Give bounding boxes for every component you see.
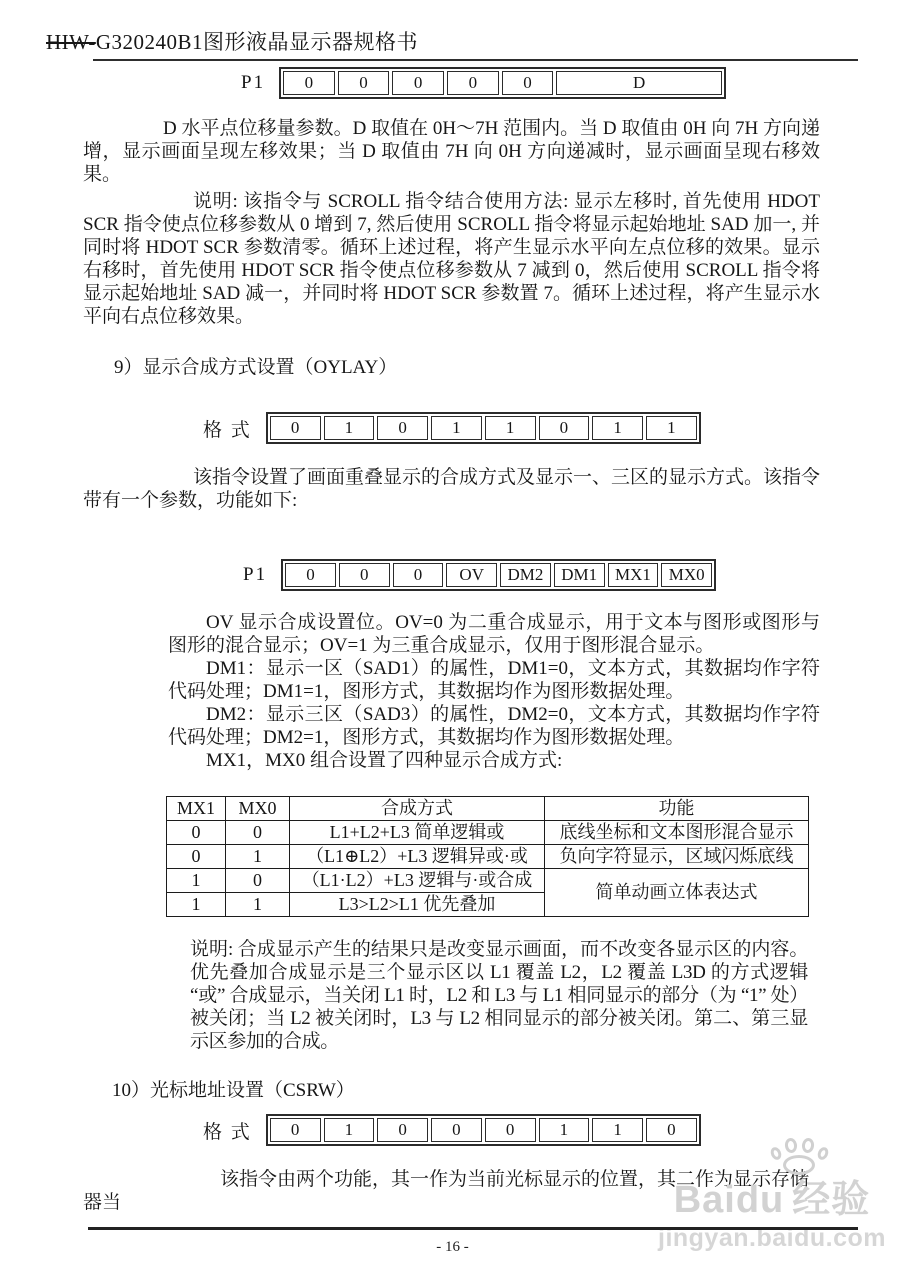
bit-table-label: P1 [241,72,265,94]
mx-combination-table: MX1 MX0 合成方式 功能 0 0 L1+L2+L3 简单逻辑或 底线坐标和… [166,796,809,917]
bit-cell: MX0 [661,563,712,587]
page-title: HIW-G320240B1图形液晶显示器规格书 [46,26,905,56]
bit-cell: 0 [270,1118,321,1142]
document-page: HIW-G320240B1图形液晶显示器规格书 P1 0 0 0 0 0 D D… [0,0,905,1280]
cell-func-merged: 简单动画立体表达式 [545,869,809,917]
bit-cell: 1 [485,416,536,440]
cell-mx1: 1 [167,869,226,893]
bit-cell-wide: D [556,71,722,95]
table-row: 1 0 （L1·L2）+L3 逻辑与·或合成 简单动画立体表达式 [167,869,809,893]
cell-mx0: 1 [226,845,290,869]
bit-cell: 0 [485,1118,536,1142]
oylay-intro: 该指令设置了画面重叠显示的合成方式及显示一、三区的显示方式。该指令带有一个参数，… [83,466,820,512]
bit-cell: 0 [285,563,336,587]
bit-cells: 0 0 0 0 0 D [279,67,726,99]
oylay-format-bit-table: 格 式 0 1 0 1 1 0 1 1 [203,412,905,444]
cell-mode: L3>L2>L1 优先叠加 [290,893,545,917]
hdot-p1-bit-table: P1 0 0 0 0 0 D [241,67,905,99]
bit-cell: 0 [339,563,390,587]
bit-cell: 1 [324,1118,375,1142]
bit-table-label: 格 式 [203,415,252,442]
bit-cell: 1 [592,416,643,440]
dm2-description: DM2：显示三区（SAD3）的属性，DM2=0，文本方式，其数据均作字符代码处理… [168,703,820,749]
footer-rule [88,1227,858,1230]
section9-heading: 9）显示合成方式设置（OYLAY） [114,356,905,379]
cell-mode: L1+L2+L3 简单逻辑或 [290,821,545,845]
paw-toe [769,1146,783,1162]
ov-description: OV 显示合成设置位。OV=0 为二重合成显示，用于文本与图形或图形与图形的混合… [168,611,820,657]
dm1-description: DM1：显示一区（SAD1）的属性，DM1=0，文本方式，其数据均作字符代码处理… [168,657,820,703]
bit-cell: 0 [502,71,554,95]
csrw-intro: 该指令由两个功能，其一作为当前光标显示的位置，其二作为显示存储器当 [83,1168,820,1214]
cell-mx0: 1 [226,893,290,917]
oylay-p1-bit-table: P1 0 0 0 OV DM2 DM1 MX1 MX0 [243,559,905,591]
col-header-mx0: MX0 [226,797,290,821]
bit-cell: DM2 [500,563,551,587]
header-rule [93,59,858,61]
bit-cell: 0 [377,1118,428,1142]
bit-cell: 0 [392,71,444,95]
mx-intro: MX1，MX0 组合设置了四种显示合成方式: [168,749,820,772]
table-header-row: MX1 MX0 合成方式 功能 [167,797,809,821]
page-number: - 16 - [0,1239,905,1256]
bit-cells: 0 1 0 1 1 0 1 1 [266,412,701,444]
table-row: 0 0 L1+L2+L3 简单逻辑或 底线坐标和文本图形混合显示 [167,821,809,845]
csrw-format-bit-table: 格 式 0 1 0 0 0 1 1 0 [203,1114,905,1146]
bit-cells: 0 1 0 0 0 1 1 0 [266,1114,701,1146]
bit-cell: 1 [539,1118,590,1142]
hdot-description: D 水平点位移量参数。D 取值在 0H～7H 范围内。当 D 取值由 0H 向 … [83,117,820,186]
bit-cell: 0 [377,416,428,440]
bit-cell: 0 [393,563,444,587]
cell-mx0: 0 [226,869,290,893]
bit-cell: 0 [447,71,499,95]
bit-cell: 1 [324,416,375,440]
cell-mode: （L1·L2）+L3 逻辑与·或合成 [290,869,545,893]
cell-mx0: 0 [226,821,290,845]
cell-mx1: 0 [167,845,226,869]
bit-cell: 1 [646,416,697,440]
col-header-func: 功能 [545,797,809,821]
paw-toe [816,1146,830,1162]
cell-func: 负向字符显示，区域闪烁底线 [545,845,809,869]
bit-cell: 0 [646,1118,697,1142]
bit-cell: 0 [270,416,321,440]
title-model-rest: G320240B1图形液晶显示器规格书 [96,30,418,54]
bit-cell: DM1 [554,563,605,587]
cell-func: 底线坐标和文本图形混合显示 [545,821,809,845]
bit-cells: 0 0 0 OV DM2 DM1 MX1 MX0 [281,559,716,591]
cell-mx1: 0 [167,821,226,845]
bit-table-label: 格 式 [203,1117,252,1144]
oylay-note: 说明: 合成显示产生的结果只是改变显示画面，而不改变各显示区的内容。优先叠加合成… [190,938,808,1053]
col-header-mx1: MX1 [167,797,226,821]
col-header-mode: 合成方式 [290,797,545,821]
bit-cell: 0 [539,416,590,440]
title-model-prefix: HIW- [46,30,96,54]
bit-cell: MX1 [608,563,659,587]
cell-mx1: 1 [167,893,226,917]
bit-cell: 0 [283,71,335,95]
bit-cell: 1 [431,416,482,440]
bit-cell: 0 [431,1118,482,1142]
bit-cell: 1 [592,1118,643,1142]
bit-cell: 0 [338,71,390,95]
hdot-note: 说明: 该指令与 SCROLL 指令结合使用方法: 显示左移时, 首先使用 HD… [83,190,820,328]
table-row: 0 1 （L1⊕L2）+L3 逻辑异或·或 负向字符显示，区域闪烁底线 [167,845,809,869]
section10-heading: 10）光标地址设置（CSRW） [112,1079,905,1102]
cell-mode: （L1⊕L2）+L3 逻辑异或·或 [290,845,545,869]
bit-table-label: P1 [243,564,267,586]
bit-cell: OV [446,563,497,587]
